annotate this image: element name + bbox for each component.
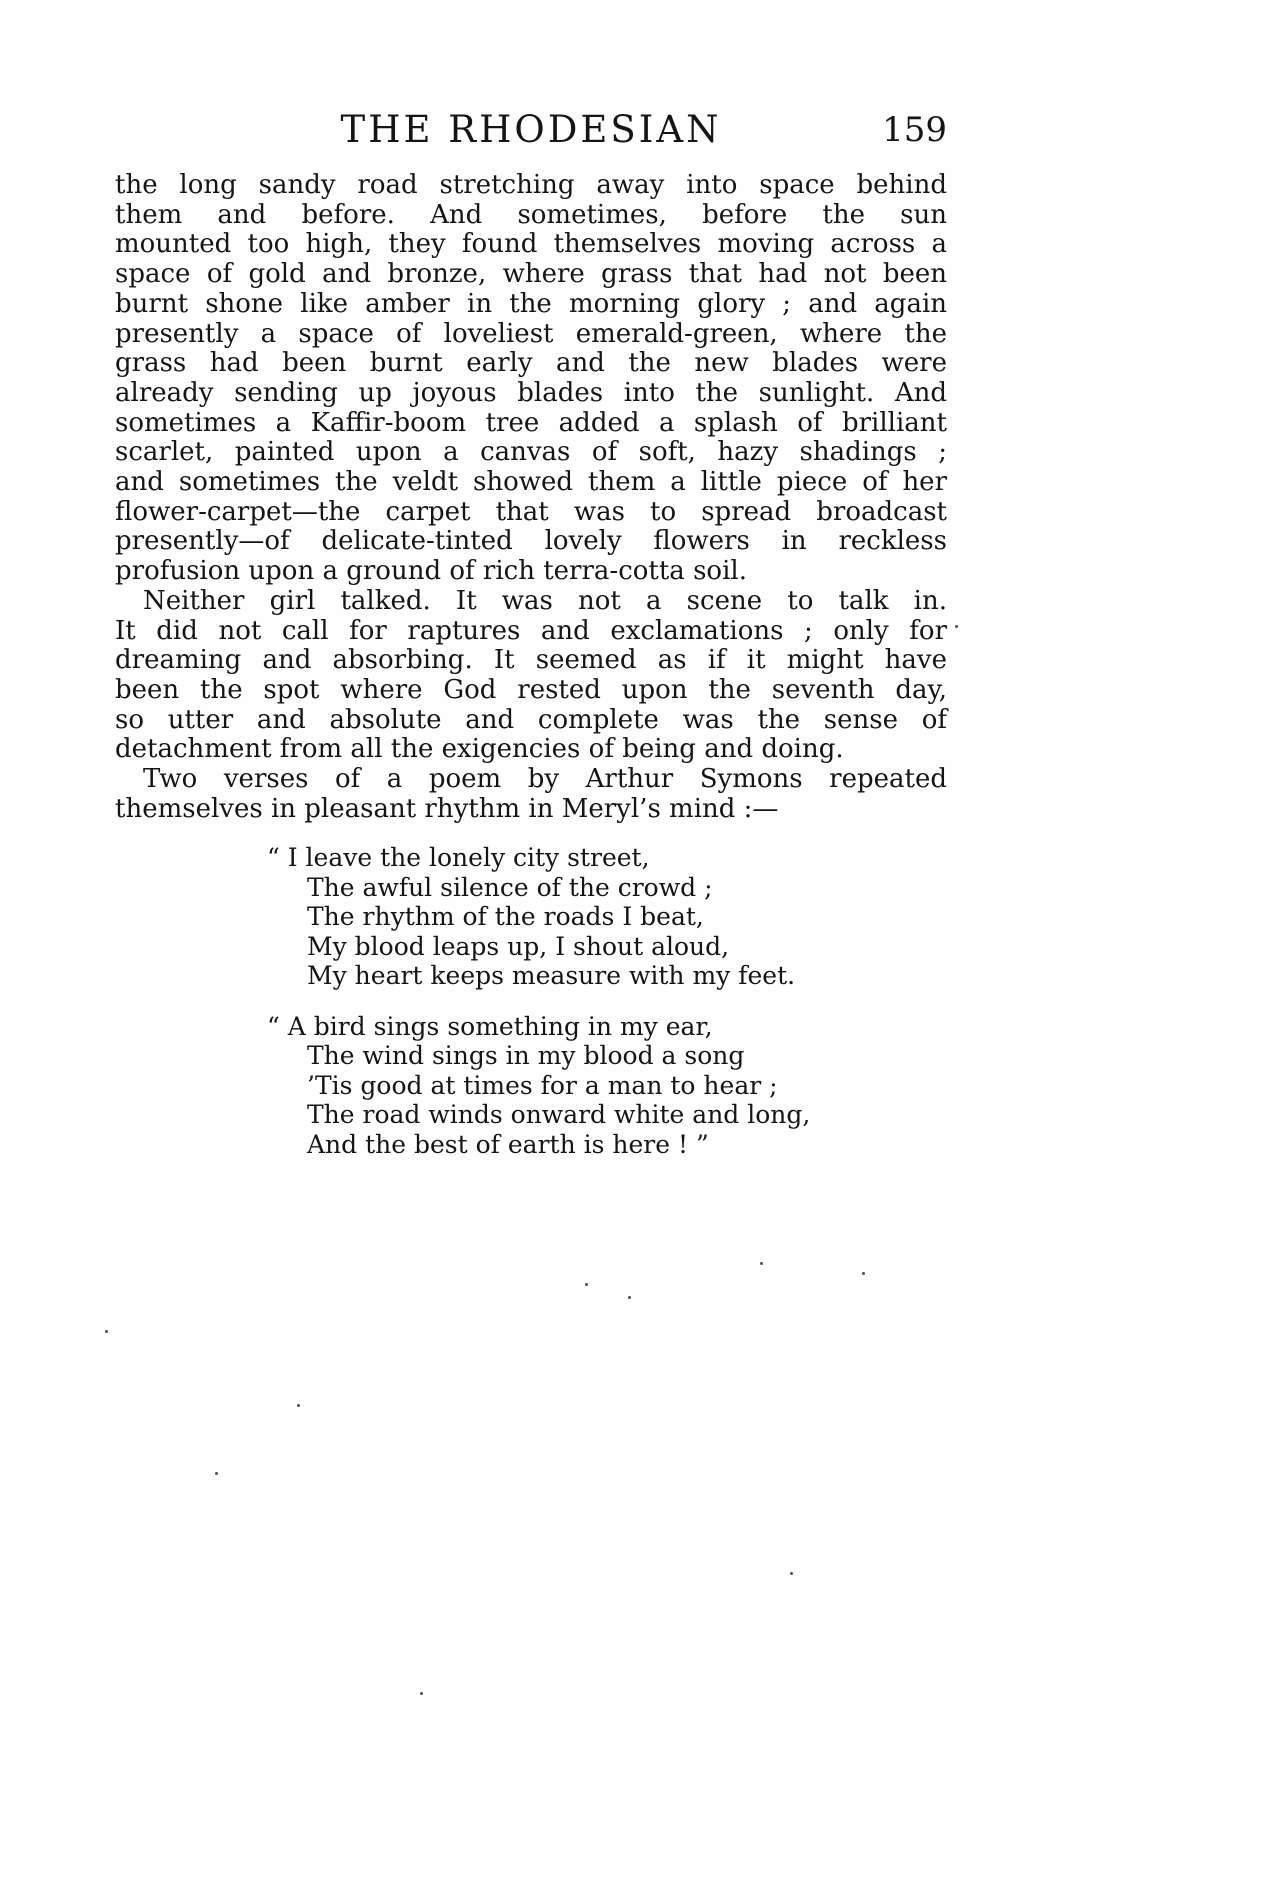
poem-line: The wind sings in my blood a song [115,1041,947,1071]
page-number: 159 [882,110,947,150]
text-line: presently a space of loveliest emerald-g… [115,320,947,350]
poem-line: My heart keeps measure with my feet. [115,961,947,991]
text-line: grass had been burnt early and the new b… [115,349,947,379]
running-title: THE RHODESIAN [115,108,947,151]
text-line: Two verses of a poem by Arthur Symons re… [115,765,947,795]
poem-line: “ I leave the lonely city street, [115,843,947,873]
scan-speck [420,1692,423,1695]
text-line: flower-carpet—the carpet that was to spr… [115,498,947,528]
poem-line: My blood leaps up, I shout aloud, [115,932,947,962]
poem-line: ’Tis good at times for a man to hear ; [115,1071,947,1101]
text-line: scarlet, painted upon a canvas of soft, … [115,438,947,468]
scan-speck [105,1330,108,1333]
text-line: burnt shone like amber in the morning gl… [115,290,947,320]
scan-speck [862,1272,865,1275]
text-line: presently—of delicate-tinted lovely flow… [115,527,947,557]
text-line: profusion upon a ground of rich terra-co… [115,557,947,587]
text-line: space of gold and bronze, where grass th… [115,260,947,290]
text-line: Neither girl talked. It was not a scene … [115,587,947,617]
text-line: been the spot where God rested upon the … [115,676,947,706]
scan-speck [297,1404,300,1407]
text-line: already sending up joyous blades into th… [115,379,947,409]
text-line: dreaming and absorbing. It seemed as if … [115,646,947,676]
text-line: detachment from all the exigencies of be… [115,735,947,765]
poem-block: “ I leave the lonely city street,The awf… [115,843,947,1159]
text-line: the long sandy road stretching away into… [115,171,947,201]
poem-line: The awful silence of the crowd ; [115,873,947,903]
book-page: THE RHODESIAN 159 the long sandy road st… [0,0,1282,1896]
body-text: the long sandy road stretching away into… [115,171,947,1180]
scan-speck [215,1472,218,1475]
text-line: It did not call for raptures and exclama… [115,617,947,647]
text-line: so utter and absolute and complete was t… [115,706,947,736]
scan-speck [628,1296,631,1299]
text-line: mounted too high, they found themselves … [115,230,947,260]
scan-speck [585,1283,588,1286]
scan-speck [760,1262,763,1265]
poem-line: The road winds onward white and long, [115,1100,947,1130]
scan-speck [955,625,958,628]
poem-stanza: “ I leave the lonely city street,The awf… [115,843,947,991]
scan-speck [790,1572,793,1575]
poem-line: “ A bird sings something in my ear, [115,1012,947,1042]
poem-line: And the best of earth is here ! ” [115,1130,947,1160]
text-line: them and before. And sometimes, before t… [115,201,947,231]
text-line: and sometimes the veldt showed them a li… [115,468,947,498]
text-line: themselves in pleasant rhythm in Meryl’s… [115,795,947,825]
text-line: sometimes a Kaffir-boom tree added a spl… [115,409,947,439]
poem-line: The rhythm of the roads I beat, [115,902,947,932]
poem-stanza: “ A bird sings something in my ear,The w… [115,1012,947,1160]
